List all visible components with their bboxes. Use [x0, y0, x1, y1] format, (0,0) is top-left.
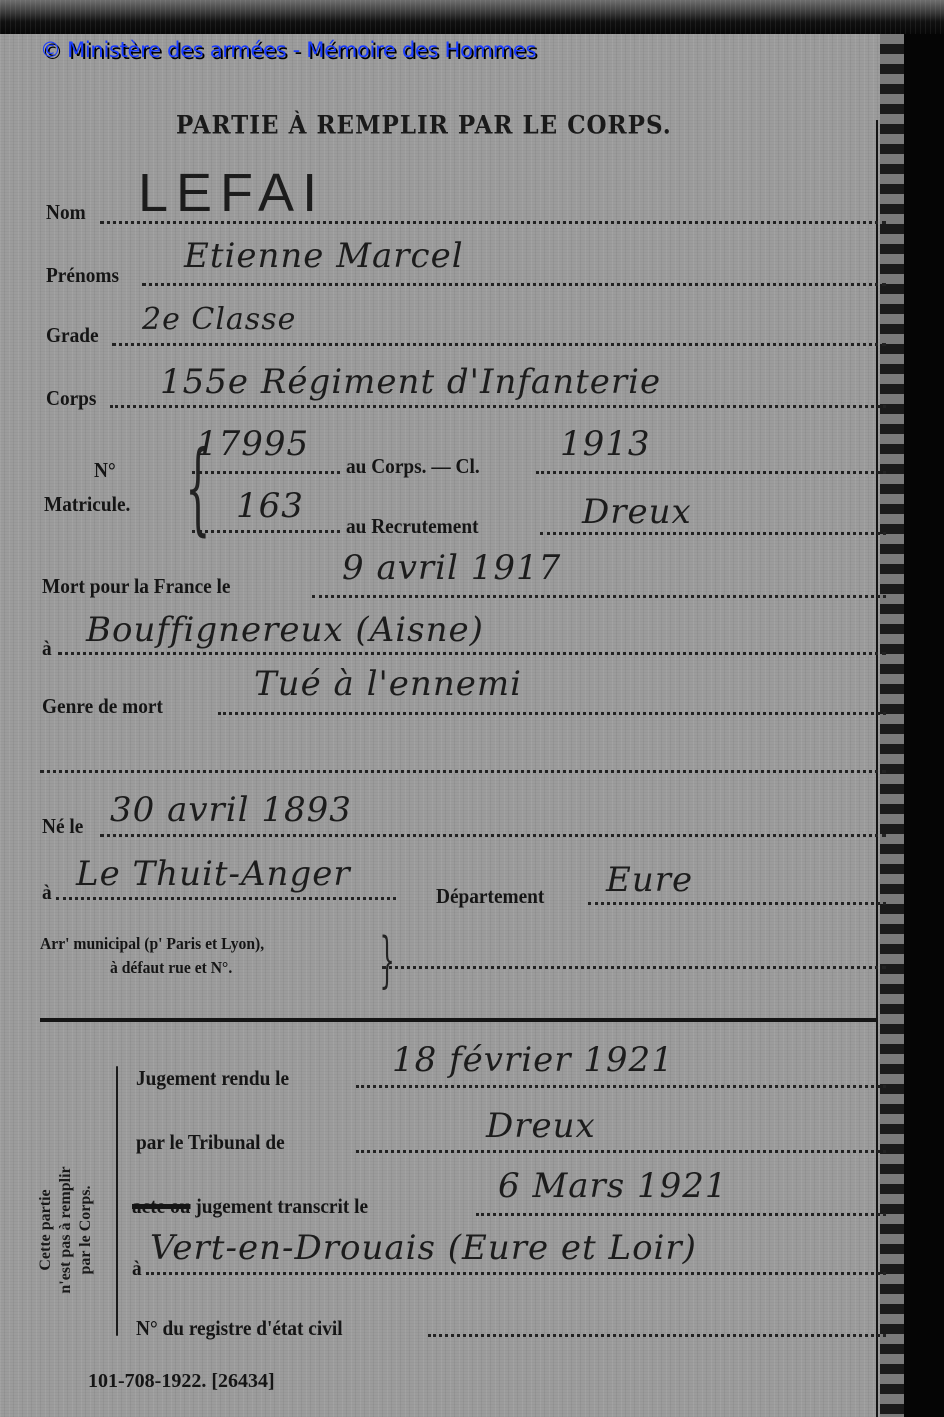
- dotted-line: [356, 1085, 886, 1088]
- label-jugement-rendu: Jugement rendu le: [136, 1066, 289, 1091]
- judgment-brace-line: [116, 1066, 118, 1336]
- value-nom: LEFAI: [138, 162, 325, 224]
- label-genre-mort: Genre de mort: [42, 694, 163, 719]
- dotted-line: [540, 532, 886, 535]
- value-corps: 155e Régiment d'Infanterie: [160, 362, 661, 402]
- value-ne-a: Le Thuit-Anger: [76, 854, 351, 894]
- value-jugement-rendu: 18 février 1921: [392, 1040, 674, 1080]
- label-matricule-no: N°: [94, 458, 116, 483]
- dotted-line: [588, 902, 886, 905]
- label-transcrit-a: à: [132, 1256, 142, 1281]
- value-mort-le: 9 avril 1917: [342, 548, 561, 588]
- scan-right-edge: [880, 34, 944, 1417]
- dotted-line: [192, 471, 340, 474]
- label-ne-a: à: [42, 880, 52, 905]
- label-ne-le: Né le: [42, 814, 83, 839]
- value-matricule-recrutement: 163: [236, 486, 304, 526]
- label-grade: Grade: [46, 323, 99, 348]
- dotted-line: [40, 770, 886, 773]
- brace: }: [379, 930, 394, 990]
- dotted-line: [142, 283, 886, 286]
- dotted-line: [382, 966, 886, 969]
- label-mort-le: Mort pour la France le: [42, 574, 231, 599]
- dotted-line: [146, 1272, 886, 1275]
- dotted-line: [312, 595, 886, 598]
- label-au-recrutement: au Recrutement: [346, 514, 479, 539]
- value-classe: 1913: [560, 424, 651, 464]
- card-border-line: [876, 120, 878, 1417]
- dotted-line: [112, 343, 886, 346]
- side-note-line: Cette partie: [36, 1130, 56, 1330]
- dotted-line: [476, 1213, 886, 1216]
- value-ne-le: 30 avril 1893: [110, 790, 352, 830]
- copyright-watermark: © Ministère des armées - Mémoire des Hom…: [40, 38, 536, 62]
- dotted-line: [536, 471, 886, 474]
- label-matricule: Matricule.: [44, 492, 130, 517]
- value-matricule-corps: 17995: [196, 424, 309, 464]
- side-note-line: par le Corps.: [76, 1130, 96, 1330]
- value-genre-mort: Tué à l'ennemi: [254, 664, 522, 704]
- dotted-line: [56, 897, 396, 900]
- side-note: Cette partie n'est pas à remplir par le …: [36, 1130, 96, 1330]
- dotted-line: [110, 405, 886, 408]
- label-tribunal: par le Tribunal de: [136, 1130, 285, 1155]
- side-note-line: n'est pas à remplir: [56, 1130, 76, 1330]
- value-recrutement: Dreux: [582, 492, 692, 532]
- form-reference: 101-708-1922. [26434]: [88, 1370, 275, 1393]
- label-au-corps-cl: au Corps. — Cl.: [346, 454, 480, 479]
- value-tribunal: Dreux: [486, 1106, 596, 1146]
- dotted-line: [218, 712, 886, 715]
- label-transcrit: acte ou jugement transcrit le: [132, 1194, 368, 1219]
- label-registre: N° du registre d'état civil: [136, 1316, 343, 1341]
- label-nom: Nom: [46, 200, 86, 225]
- value-grade: 2e Classe: [142, 302, 296, 337]
- value-mort-a: Bouffignereux (Aisne): [86, 610, 484, 650]
- label-arr-municipal: Arr' municipal (p' Paris et Lyon),: [40, 934, 264, 954]
- value-prenoms: Etienne Marcel: [184, 236, 464, 276]
- form-title: PARTIE À REMPLIR PAR LE CORPS.: [176, 111, 672, 140]
- dotted-line: [192, 530, 340, 533]
- struck-text: acte ou: [132, 1194, 190, 1218]
- dotted-line: [100, 834, 886, 837]
- dotted-line: [428, 1334, 886, 1337]
- dotted-line: [58, 652, 886, 655]
- label-a-defaut: à défaut rue et N°.: [110, 958, 232, 978]
- value-transcrit: 6 Mars 1921: [498, 1166, 728, 1206]
- label-corps: Corps: [46, 386, 96, 411]
- value-departement: Eure: [606, 860, 693, 900]
- value-transcrit-a: Vert-en-Drouais (Eure et Loir): [150, 1228, 697, 1268]
- dotted-line: [356, 1150, 886, 1153]
- label-mort-a: à: [42, 636, 52, 661]
- section-divider: [40, 1018, 878, 1022]
- label-departement: Département: [436, 884, 544, 909]
- label-prenoms: Prénoms: [46, 263, 119, 288]
- label-transcrit-text: jugement transcrit le: [195, 1194, 368, 1218]
- scan-top-strip: [0, 0, 944, 36]
